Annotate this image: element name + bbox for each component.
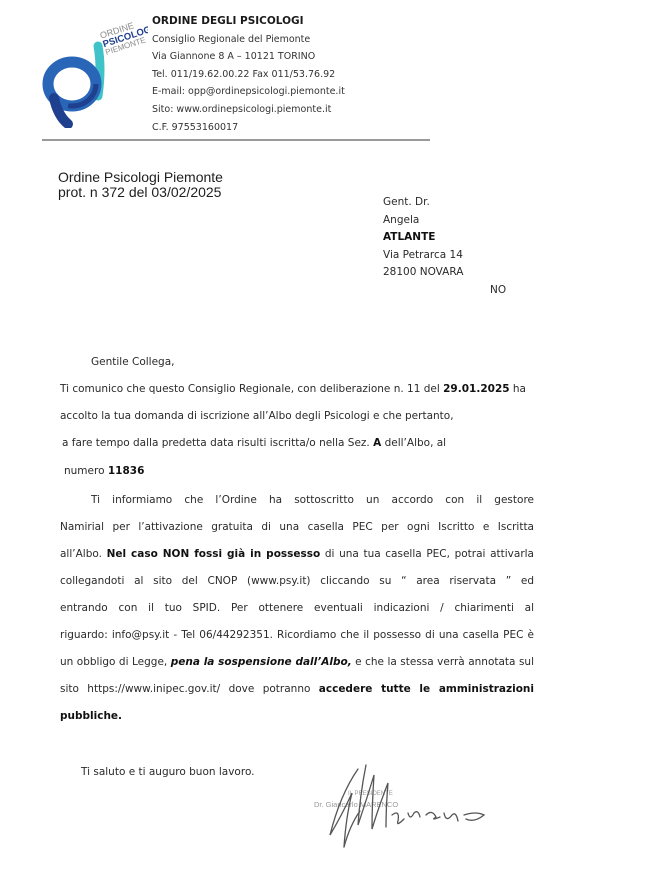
org-address: Via Giannone 8 A – 10121 TORINO bbox=[152, 48, 345, 66]
paragraph-2-line-3: all’Albo. Nel caso NON fossi già in poss… bbox=[60, 548, 534, 560]
protocol-number: prot. n 372 del 03/02/2025 bbox=[58, 185, 223, 200]
org-website: Sito: www.ordinepsicologi.piemonte.it bbox=[152, 101, 345, 119]
paragraph-2-line-4: collegandoti al sito del CNOP (www.psy.i… bbox=[60, 575, 534, 587]
letter-greeting: Gentile Collega, bbox=[91, 356, 175, 368]
recipient-salutation: Gent. Dr. bbox=[383, 194, 506, 212]
letterhead-info: ORDINE DEGLI PSICOLOGI Consiglio Regiona… bbox=[152, 13, 345, 136]
paragraph-2-line-7: un obbligo di Legge, pena la sospensione… bbox=[60, 656, 534, 668]
org-tax-code: C.F. 97553160017 bbox=[152, 119, 345, 137]
org-email: E-mail: opp@ordinepsicologi.piemonte.it bbox=[152, 83, 345, 101]
protocol-block: Ordine Psicologi Piemonte prot. n 372 de… bbox=[58, 170, 223, 200]
recipient-address: Gent. Dr. Angela ATLANTE Via Petrarca 14… bbox=[383, 194, 506, 300]
recipient-last-name: ATLANTE bbox=[383, 229, 506, 247]
header-divider bbox=[42, 139, 430, 141]
org-name: ORDINE DEGLI PSICOLOGI bbox=[152, 13, 345, 31]
recipient-city: 28100 NOVARA bbox=[383, 264, 506, 282]
signature-name: Dr. Giancarlo MARENCO bbox=[314, 800, 398, 809]
letter-closing: Ti saluto e ti auguro buon lavoro. bbox=[81, 766, 255, 778]
protocol-sender: Ordine Psicologi Piemonte bbox=[58, 170, 223, 185]
recipient-first-name: Angela bbox=[383, 212, 506, 230]
paragraph-1-line-1: Ti comunico che questo Consiglio Regiona… bbox=[60, 383, 526, 395]
ordine-psicologi-logo-icon: ORDINE PSICOLOGI PIEMONTE bbox=[28, 18, 148, 128]
paragraph-2-line-6: riguardo: info@psy.it - Tel 06/44292351.… bbox=[60, 629, 534, 641]
org-phone: Tel. 011/19.62.00.22 Fax 011/53.76.92 bbox=[152, 66, 345, 84]
paragraph-1-line-4: numero 11836 bbox=[64, 465, 144, 477]
paragraph-2-line-1: Ti informiamo che l’Ordine ha sottoscrit… bbox=[91, 494, 534, 506]
org-council: Consiglio Regionale del Piemonte bbox=[152, 31, 345, 49]
letter-body: Gentile Collega, Ti comunico che questo … bbox=[60, 356, 534, 796]
paragraph-2-line-8: sito https://www.inipec.gov.it/ dove pot… bbox=[60, 683, 534, 695]
paragraph-1-line-3: a fare tempo dalla predetta data risulti… bbox=[62, 437, 446, 449]
recipient-province: NO bbox=[383, 282, 506, 300]
paragraph-2-line-2: Namirial per l’attivazione gratuita di u… bbox=[60, 521, 534, 533]
paragraph-2-line-9: pubbliche. bbox=[60, 710, 122, 722]
registration-number: 11836 bbox=[108, 465, 145, 477]
paragraph-2-line-5: entrando con il tuo SPID. Per ottenere e… bbox=[60, 602, 534, 614]
signature-title: IL PRESIDENTE bbox=[348, 791, 393, 797]
paragraph-1-line-2: accolto la tua domanda di iscrizione all… bbox=[60, 410, 454, 422]
president-signature: IL PRESIDENTE Dr. Giancarlo MARENCO bbox=[300, 755, 520, 855]
recipient-street: Via Petrarca 14 bbox=[383, 247, 506, 265]
